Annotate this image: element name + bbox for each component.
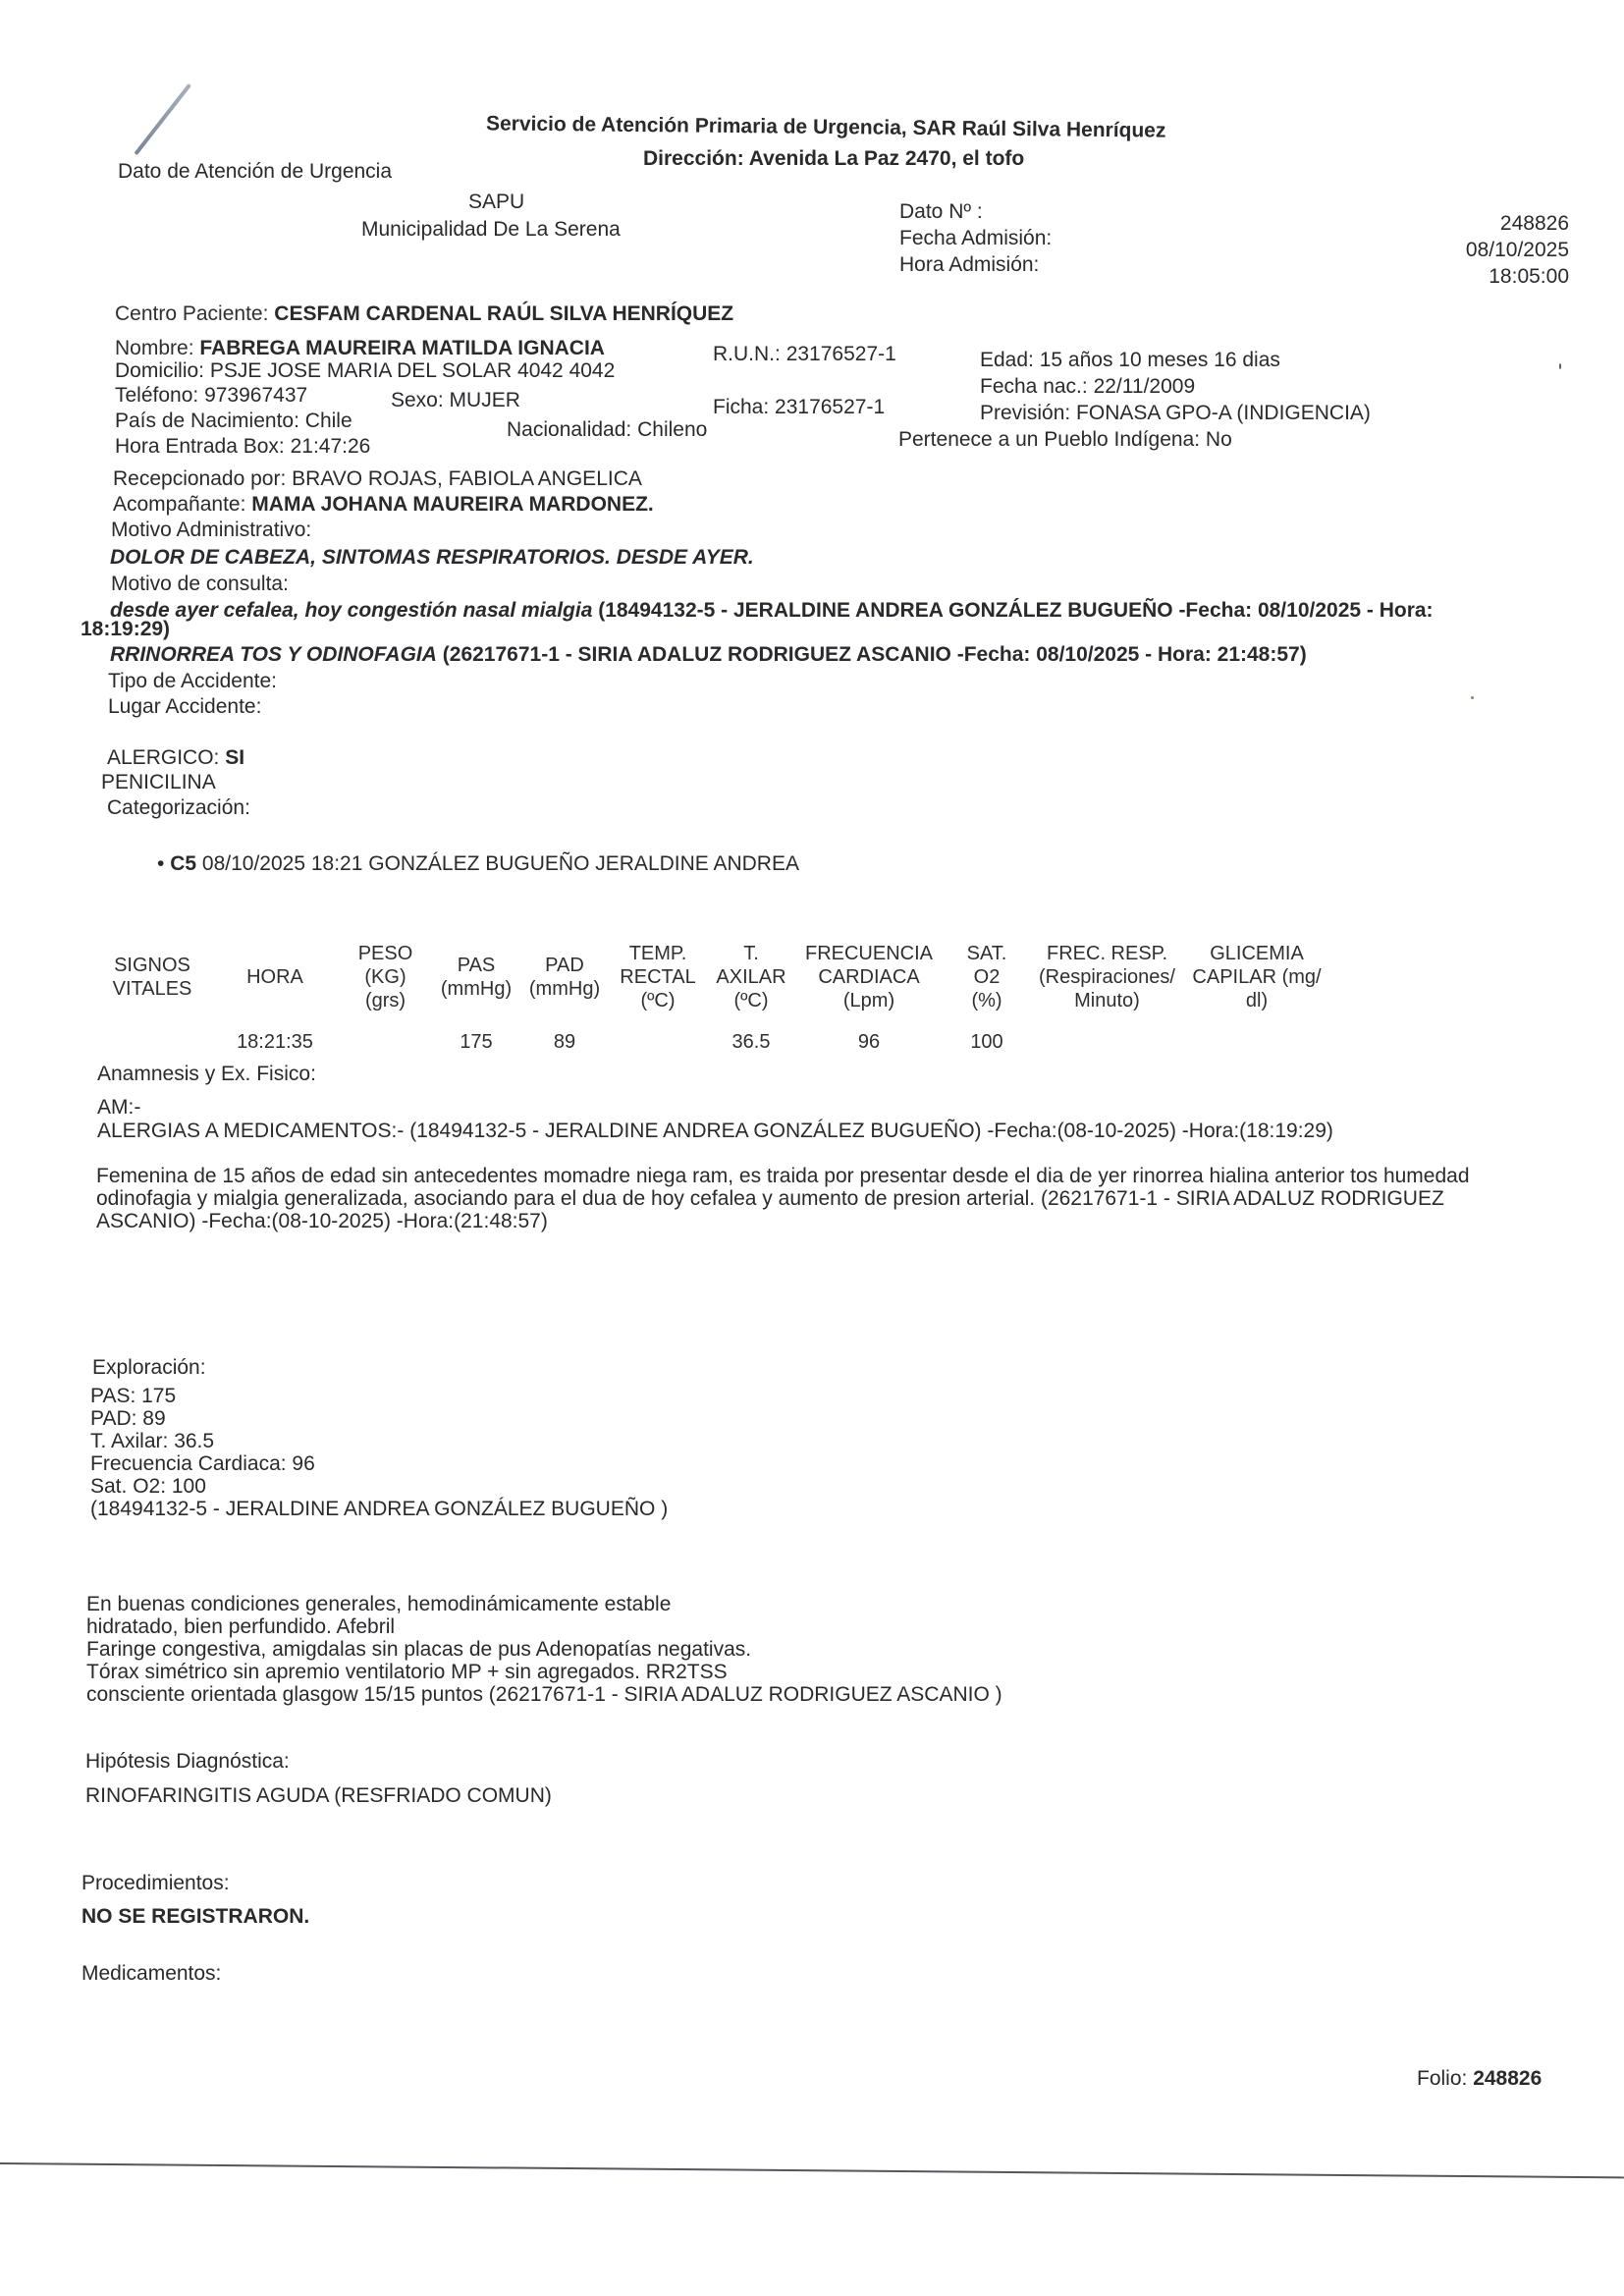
anamnesis-narrative-line-3: ASCANIO) -Fecha:(08-10-2025) -Hora:(21:4… — [96, 1210, 548, 1233]
medicamentos-label: Medicamentos: — [81, 1962, 221, 1986]
centro-value: CESFAM CARDENAL RAÚL SILVA HENRÍQUEZ — [274, 302, 733, 325]
vitals-header-line: (KG) — [339, 965, 432, 989]
telefono-label: Teléfono: — [115, 384, 198, 407]
domicilio-field: Domicilio: PSJE JOSE MARIA DEL SOLAR 404… — [115, 359, 615, 383]
vitals-header: HORA — [211, 928, 339, 1026]
hora-admision-label: Hora Admisión: — [899, 253, 1039, 277]
motivo-administrativo-value: DOLOR DE CABEZA, SINTOMAS RESPIRATORIOS.… — [110, 546, 754, 570]
nombre-field: Nombre: FABREGA MAUREIRA MATILDA IGNACIA — [115, 337, 605, 360]
vitals-cell: 89 — [520, 1026, 609, 1058]
vitals-header-line: PAD — [520, 954, 609, 977]
hora-box-value: 21:47:26 — [291, 435, 371, 458]
exploracion-line: Sat. O2: 100 — [90, 1475, 876, 1498]
acompanante-field: Acompañante: MAMA JOHANA MAUREIRA MARDON… — [113, 493, 654, 517]
dato-label: Dato Nº : — [899, 200, 983, 224]
vitals-header-line: CAPILAR (mg/ — [1183, 965, 1330, 989]
prevision-value: FONASA GPO-A (INDIGENCIA) — [1076, 402, 1371, 424]
nacionalidad-value: Chileno — [637, 418, 707, 441]
scan-speck — [1471, 696, 1474, 699]
vitals-header: PAD(mmHg) — [520, 928, 609, 1026]
vitals-header-line: (ºC) — [609, 989, 707, 1012]
hora-box-label: Hora Entrada Box: — [115, 435, 285, 458]
vitals-header-line: Minuto) — [1031, 989, 1183, 1012]
folio-label: Folio: — [1417, 2067, 1467, 2090]
vitals-header: SIGNOSVITALES — [93, 928, 211, 1026]
anamnesis-narrative-line-1: Femenina de 15 años de edad sin antecede… — [96, 1165, 1470, 1188]
vitals-cell: 18:21:35 — [211, 1026, 339, 1058]
scan-speck — [1559, 363, 1561, 369]
centro-paciente: Centro Paciente: CESFAM CARDENAL RAÚL SI… — [115, 302, 733, 326]
vitals-header-line: FRECUENCIA — [795, 942, 943, 965]
vitals-cell: 96 — [795, 1026, 943, 1058]
edad-label: Edad: — [980, 349, 1034, 371]
sexo-value: MUJER — [450, 389, 520, 411]
vitals-header-line: FREC. RESP. — [1031, 942, 1183, 965]
pais-value: Chile — [305, 410, 352, 432]
exploracion-line: PAS: 175 — [90, 1385, 876, 1407]
vitals-header: FRECUENCIACARDIACA (Lpm) — [795, 928, 943, 1026]
folio-value: 248826 — [1473, 2067, 1542, 2090]
pais-label: País de Nacimiento: — [115, 410, 299, 432]
hora-box-field: Hora Entrada Box: 21:47:26 — [115, 435, 370, 459]
anamnesis-label: Anamnesis y Ex. Fisico: — [97, 1063, 316, 1086]
exploracion-vitals: PAS: 175 PAD: 89 T. Axilar: 36.5 Frecuen… — [90, 1385, 876, 1520]
motivo-consulta-entry-2: RRINORREA TOS Y ODINOFAGIA (26217671-1 -… — [110, 643, 1307, 667]
acompanante-label: Acompañante: — [113, 493, 245, 516]
vitals-header: FREC. RESP.(Respiraciones/Minuto) — [1031, 928, 1183, 1026]
dato-value: 248826 — [1500, 212, 1569, 236]
vitals-header-line: VITALES — [93, 977, 211, 1001]
fecha-nac-value: 22/11/2009 — [1094, 375, 1196, 398]
vitals-cell — [1183, 1026, 1330, 1058]
vitals-header-line: (Respiraciones/ — [1031, 965, 1183, 989]
telefono-value: 973967437 — [204, 384, 307, 407]
exploracion-line: PAD: 89 — [90, 1407, 876, 1430]
alergico-label: ALERGICO: — [107, 746, 219, 769]
vitals-header-line: (ºC) — [707, 989, 795, 1012]
exploracion-exam: En buenas condiciones generales, hemodin… — [86, 1593, 1166, 1706]
anamnesis-alergias-medicamentos: ALERGIAS A MEDICAMENTOS:- (18494132-5 - … — [97, 1120, 1333, 1143]
consulta-entry-2-text: RRINORREA TOS Y ODINOFAGIA — [110, 643, 437, 666]
exploracion-label: Exploración: — [92, 1356, 206, 1380]
vitals-header-line: (mmHg) — [520, 977, 609, 1001]
vitals-header-line: CARDIACA (Lpm) — [795, 965, 943, 1012]
vitals-header-line: AXILAR — [707, 965, 795, 989]
centro-label: Centro Paciente: — [115, 302, 268, 325]
pueblo-value: No — [1206, 428, 1232, 451]
vitals-header: TEMP.RECTAL(ºC) — [609, 928, 707, 1026]
nacionalidad-field: Nacionalidad: Chileno — [507, 418, 707, 442]
exploracion-line: (18494132-5 - JERALDINE ANDREA GONZÁLEZ … — [90, 1498, 876, 1520]
ficha-field: Ficha: 23176527-1 — [713, 396, 885, 419]
consulta-entry-2-signature: (26217671-1 - SIRIA ADALUZ RODRIGUEZ ASC… — [443, 643, 1307, 666]
alergico-field: ALERGICO: SI — [107, 746, 244, 770]
alergico-value: SI — [225, 746, 244, 769]
vitals-header-line: T. — [707, 942, 795, 965]
exam-line: Faringe congestiva, amigdalas sin placas… — [86, 1638, 1166, 1661]
vitals-header-line: dl) — [1183, 989, 1330, 1012]
vitals-header-line: (%) — [943, 989, 1031, 1012]
diagnostico-label: Hipótesis Diagnóstica: — [85, 1750, 290, 1774]
motivo-consulta-entry-1: desde ayer cefalea, hoy congestión nasal… — [110, 599, 1434, 623]
vitals-header-line: PAS — [432, 954, 520, 977]
page-bottom-rule — [0, 2162, 1624, 2178]
exam-line: hidratado, bien perfundido. Afebril — [86, 1615, 1166, 1638]
consulta-entry-1-signature-cont: 18:19:29) — [81, 618, 170, 641]
vitals-cell — [609, 1026, 707, 1058]
motivo-consulta-label: Motivo de consulta: — [111, 573, 289, 596]
bullet-icon: • — [157, 852, 164, 875]
vitals-header: PESO(KG)(grs) — [339, 928, 432, 1026]
vitals-header-line: GLICEMIA — [1183, 942, 1330, 965]
vitals-header: PAS(mmHg) — [432, 928, 520, 1026]
diagnostico-value: RINOFARINGITIS AGUDA (RESFRIADO COMUN) — [85, 1784, 552, 1808]
categorizacion-code: C5 — [170, 852, 196, 875]
fecha-nac-field: Fecha nac.: 22/11/2009 — [980, 375, 1195, 399]
vitals-cell: 175 — [432, 1026, 520, 1058]
org-municipality: Municipalidad De La Serena — [361, 218, 621, 242]
edad-value: 15 años 10 meses 16 dias — [1040, 349, 1280, 371]
vitals-cell: 36.5 — [707, 1026, 795, 1058]
pen-mark — [134, 83, 191, 155]
vitals-cell: 100 — [943, 1026, 1031, 1058]
anamnesis-am: AM:- — [97, 1096, 140, 1120]
vitals-cell — [339, 1026, 432, 1058]
nacionalidad-label: Nacionalidad: — [507, 418, 631, 441]
fecha-admision-label: Fecha Admisión: — [899, 227, 1052, 250]
vitals-cell — [1031, 1026, 1183, 1058]
vitals-header-line: SAT. — [943, 942, 1031, 965]
prevision-field: Previsión: FONASA GPO-A (INDIGENCIA) — [980, 402, 1371, 425]
procedimientos-value: NO SE REGISTRARON. — [81, 1905, 309, 1929]
vitals-header-line: RECTAL — [609, 965, 707, 989]
fecha-nac-label: Fecha nac.: — [980, 375, 1088, 398]
vitals-header: SAT.O2(%) — [943, 928, 1031, 1026]
exam-line: En buenas condiciones generales, hemodin… — [86, 1593, 1166, 1615]
tipo-accidente-label: Tipo de Accidente: — [108, 670, 277, 693]
org-sapu: SAPU — [468, 191, 524, 214]
exploracion-line: T. Axilar: 36.5 — [90, 1430, 876, 1452]
sexo-label: Sexo: — [391, 389, 444, 411]
vitals-header-line: HORA — [211, 965, 339, 989]
recepcionado-label: Recepcionado por: — [113, 467, 286, 490]
consulta-entry-1-signature: (18494132-5 - JERALDINE ANDREA GONZÁLEZ … — [598, 599, 1433, 622]
vitals-header-line: SIGNOS — [93, 954, 211, 977]
vitals-header-line: O2 — [943, 965, 1031, 989]
procedimientos-label: Procedimientos: — [81, 1872, 230, 1895]
run-value: 23176527-1 — [786, 343, 896, 365]
edad-field: Edad: 15 años 10 meses 16 dias — [980, 349, 1280, 372]
categorizacion-item: • C5 08/10/2025 18:21 GONZÁLEZ BUGUEÑO J… — [157, 852, 799, 876]
vitals-header-line: (grs) — [339, 989, 432, 1012]
motivo-administrativo-label: Motivo Administrativo: — [111, 519, 311, 542]
vitals-cell — [93, 1026, 211, 1058]
categorizacion-label: Categorización: — [107, 796, 250, 820]
document-type: Dato de Atención de Urgencia — [118, 160, 392, 184]
pueblo-field: Pertenece a un Pueblo Indígena: No — [898, 428, 1232, 452]
prevision-label: Previsión: — [980, 402, 1070, 424]
pais-field: País de Nacimiento: Chile — [115, 410, 352, 433]
vitals-header-line: (mmHg) — [432, 977, 520, 1001]
exam-line: consciente orientada glasgow 15/15 punto… — [86, 1683, 1166, 1706]
vitals-header-line: PESO — [339, 942, 432, 965]
recepcionado-value: BRAVO ROJAS, FABIOLA ANGELICA — [292, 467, 642, 490]
vitals-header: GLICEMIACAPILAR (mg/dl) — [1183, 928, 1330, 1026]
recepcionado-field: Recepcionado por: BRAVO ROJAS, FABIOLA A… — [113, 467, 642, 491]
vitals-table: SIGNOSVITALESHORAPESO(KG)(grs)PAS(mmHg)P… — [93, 928, 1330, 1058]
vitals-header-line: TEMP. — [609, 942, 707, 965]
domicilio-value: PSJE JOSE MARIA DEL SOLAR 4042 4042 — [210, 359, 615, 382]
clinic-address: Dirección: Avenida La Paz 2470, el tofo — [643, 147, 1024, 171]
ficha-value: 23176527-1 — [775, 396, 885, 418]
anamnesis-narrative-line-2: odinofagia y mialgia generalizada, asoci… — [96, 1187, 1444, 1211]
exploracion-line: Frecuencia Cardiaca: 96 — [90, 1452, 876, 1475]
run-label: R.U.N.: — [713, 343, 781, 365]
alergeno: PENICILINA — [101, 771, 216, 794]
domicilio-label: Domicilio: — [115, 359, 204, 382]
exam-line: Tórax simétrico sin apremio ventilatorio… — [86, 1661, 1166, 1683]
pueblo-label: Pertenece a un Pueblo Indígena: — [898, 428, 1200, 451]
vitals-header: T.AXILAR(ºC) — [707, 928, 795, 1026]
clinic-title: Servicio de Atención Primaria de Urgenci… — [486, 112, 1166, 142]
acompanante-value: MAMA JOHANA MAUREIRA MARDONEZ. — [251, 493, 653, 516]
telefono-field: Teléfono: 973967437 — [115, 384, 307, 408]
categorizacion-text: 08/10/2025 18:21 GONZÁLEZ BUGUEÑO JERALD… — [202, 852, 799, 875]
folio: Folio: 248826 — [1417, 2067, 1542, 2091]
run-field: R.U.N.: 23176527-1 — [713, 343, 896, 366]
lugar-accidente-label: Lugar Accidente: — [108, 695, 261, 719]
hora-admision-value: 18:05:00 — [1489, 265, 1569, 289]
consulta-entry-1-text: desde ayer cefalea, hoy congestión nasal… — [110, 599, 592, 622]
ficha-label: Ficha: — [713, 396, 769, 418]
sexo-field: Sexo: MUJER — [391, 389, 520, 412]
nombre-value: FABREGA MAUREIRA MATILDA IGNACIA — [199, 337, 605, 359]
fecha-admision-value: 08/10/2025 — [1466, 239, 1569, 262]
nombre-label: Nombre: — [115, 337, 194, 359]
